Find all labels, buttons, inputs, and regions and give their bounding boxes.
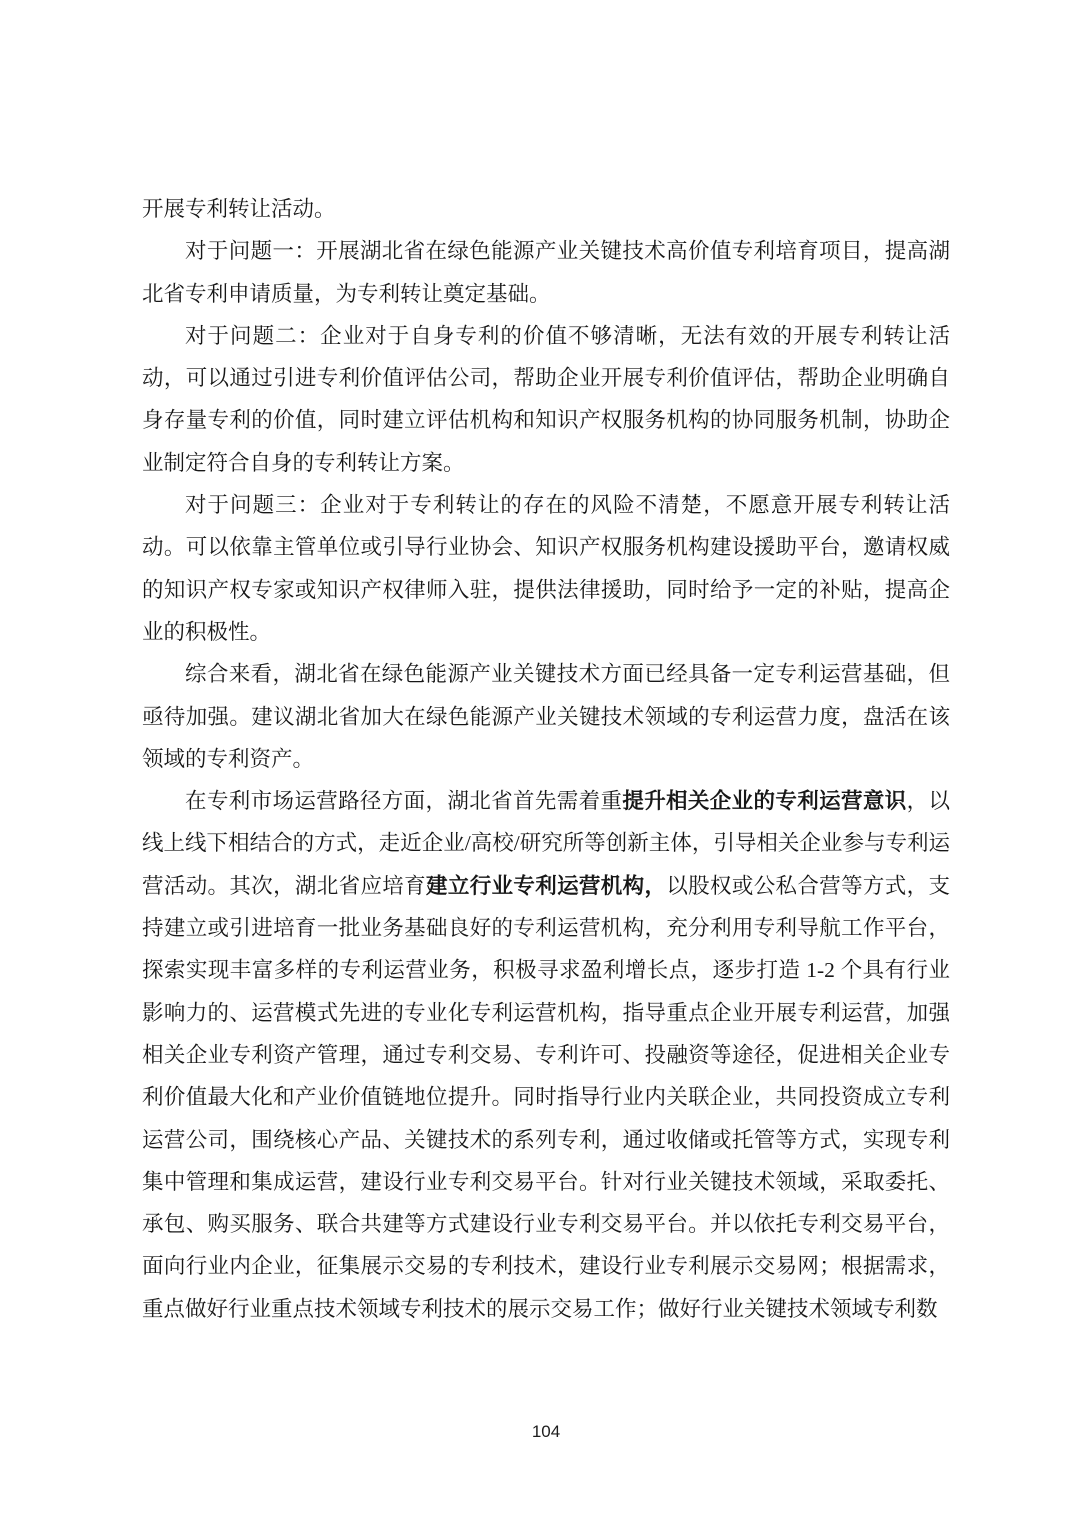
paragraph: 对于问题二：企业对于自身专利的价值不够清晰，无法有效的开展专利转让活动，可以通过… (142, 315, 950, 484)
text-run: 对于问题一：开展湖北省在绿色能源产业关键技术高价值专利培育项目，提高湖北省专利申… (142, 239, 950, 305)
document-body: 开展专利转让活动。对于问题一：开展湖北省在绿色能源产业关键技术高价值专利培育项目… (142, 188, 950, 1330)
bold-text-run: 提升相关企业的专利运营意识 (622, 789, 906, 813)
text-run: 对于问题二：企业对于自身专利的价值不够清晰，无法有效的开展专利转让活动，可以通过… (142, 324, 950, 475)
paragraph: 对于问题三：企业对于专利转让的存在的风险不清楚，不愿意开展专利转让活动。可以依靠… (142, 484, 950, 653)
paragraph: 对于问题一：开展湖北省在绿色能源产业关键技术高价值专利培育项目，提高湖北省专利申… (142, 230, 950, 315)
text-run: 以股权或公私合营等方式，支持建立或引进培育一批业务基础良好的专利运营机构，充分利… (142, 874, 950, 1321)
paragraph: 开展专利转让活动。 (142, 188, 950, 230)
bold-text-run: 建立行业专利运营机构， (426, 874, 666, 898)
text-run: 综合来看，湖北省在绿色能源产业关键技术方面已经具备一定专利运营基础，但亟待加强。… (142, 662, 950, 771)
document-page: 开展专利转让活动。对于问题一：开展湖北省在绿色能源产业关键技术高价值专利培育项目… (0, 0, 1074, 1520)
text-run: 对于问题三：企业对于专利转让的存在的风险不清楚，不愿意开展专利转让活动。可以依靠… (142, 493, 950, 644)
paragraph: 综合来看，湖北省在绿色能源产业关键技术方面已经具备一定专利运营基础，但亟待加强。… (142, 653, 950, 780)
text-run: 在专利市场运营路径方面，湖北省首先需着重 (185, 789, 622, 813)
paragraph: 在专利市场运营路径方面，湖北省首先需着重提升相关企业的专利运营意识，以线上线下相… (142, 780, 950, 1330)
text-run: 开展专利转让活动。 (142, 197, 336, 221)
page-number: 104 (142, 1422, 950, 1442)
